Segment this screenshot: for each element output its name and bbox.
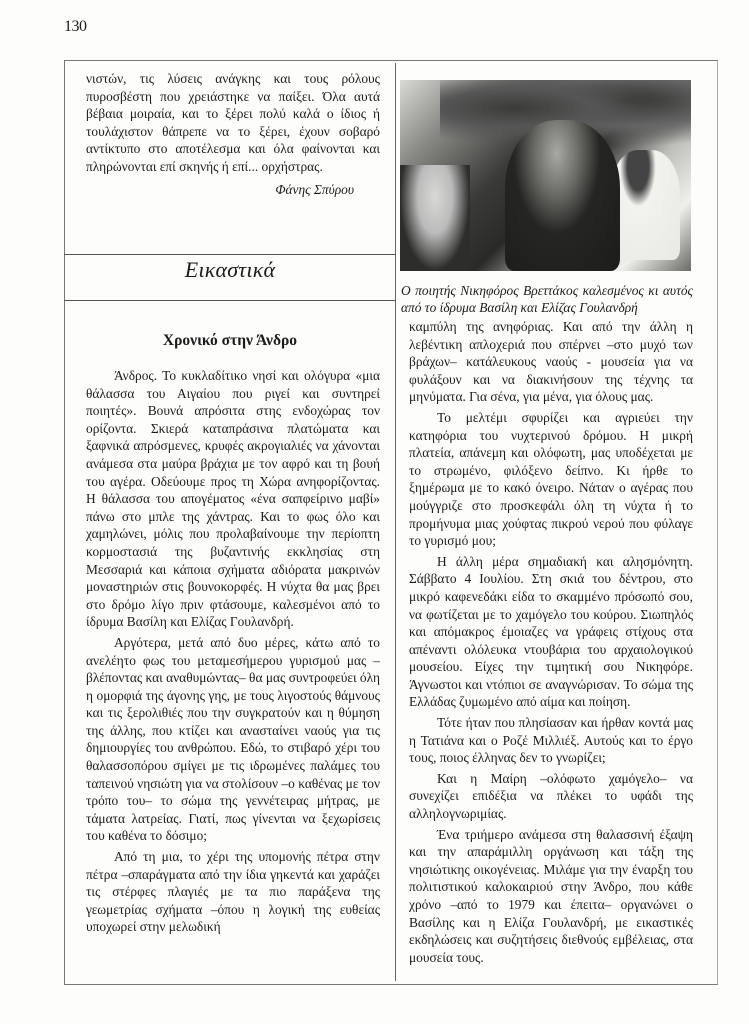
section-title: Εικαστικά <box>64 257 396 283</box>
paragraph: Άνδρος. Το κυκλαδίτικο νησί και ολόγυρα … <box>86 367 380 631</box>
section-rule-top <box>64 254 396 255</box>
article-left-column: Άνδρος. Το κυκλαδίτικο νησί και ολόγυρα … <box>86 367 380 936</box>
paragraph: Ένα τριήμερο ανάμεσα στη θαλασσινή έξαψη… <box>409 826 693 967</box>
paragraph: Η άλλη μέρα σημαδιακή και αλησμόνητη. Σά… <box>409 553 693 711</box>
article-title: Χρονικό στην Άνδρο <box>64 332 396 350</box>
photo-person-left <box>400 165 470 271</box>
photo-caption: Ο ποιητής Νικηφόρος Βρεττάκος καλεσμένος… <box>401 282 693 316</box>
paragraph: Το μελτέμι σφυρίζει και αγριεύει την κατ… <box>409 409 693 550</box>
photo-poet <box>400 80 691 271</box>
photo-person-right <box>610 150 680 260</box>
paragraph: Και η Μαίρη –ολόφωτο χαμόγελο– να συνεχί… <box>409 770 693 823</box>
paragraph: καμπύλη της ανηφόριας. Και από την άλλη … <box>409 318 693 406</box>
paragraph: Από τη μια, το χέρι της υπομονής πέτρα σ… <box>86 848 380 936</box>
previous-article-ending: νιστών, τις λύσεις ανάγκης και τους ρόλο… <box>86 70 380 198</box>
section-rule-bottom <box>64 300 396 301</box>
previous-article-text: νιστών, τις λύσεις ανάγκης και τους ρόλο… <box>86 70 380 176</box>
column-divider <box>395 63 396 981</box>
article-right-column: καμπύλη της ανηφόριας. Και από την άλλη … <box>409 318 693 966</box>
photo-poet-figure <box>505 120 620 271</box>
author-signature: Φάνης Σπύρου <box>86 181 380 199</box>
paragraph: Τότε ήταν που πλησίασαν και ήρθαν κοντά … <box>409 714 693 767</box>
paragraph: Αργότερα, μετά από δυο μέρες, κάτω από τ… <box>86 634 380 845</box>
page-number: 130 <box>64 18 87 36</box>
